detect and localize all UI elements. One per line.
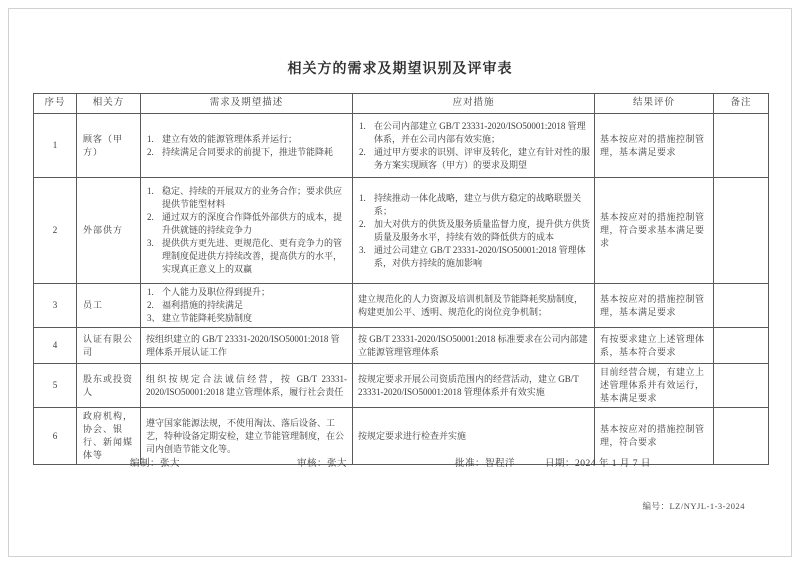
list-text: 个人能力及职位得到提升； xyxy=(162,286,349,299)
needs-text: 按组织建立的 GB/T 23331-2020/ISO50001:2018 管理体… xyxy=(144,333,349,359)
list-number: 3. xyxy=(144,237,162,276)
prepared-value: 张大 xyxy=(160,459,180,469)
reviewed-by: 审核：张大 xyxy=(297,455,347,469)
list-text: 加大对供方的供货及服务质量监督力度，提升供方供货质量及服务水平，持续有效的降低供… xyxy=(374,218,591,244)
table-row: 2 外部供方 1.稳定、持续的开展双方的业务合作；要求供应提供节能型材料 2.通… xyxy=(34,178,769,284)
list-text: 通过甲方要求的识别、评审及转化，建立有针对性的服务方案实现顾客（甲方）的要求及期… xyxy=(374,146,591,172)
page-title: 相关方的需求及期望识别及评审表 xyxy=(0,58,800,78)
doc-number-label: 编号： xyxy=(642,501,669,511)
party-cell: 外部供方 xyxy=(77,178,141,284)
row-serial: 5 xyxy=(34,364,77,408)
list-number: 2. xyxy=(356,218,374,244)
list-number: 1. xyxy=(144,286,162,299)
needs-cell: 1.稳定、持续的开展双方的业务合作；要求供应提供节能型材料 2.通过双方的深度合… xyxy=(141,178,353,284)
measures-text: 建立规范化的人力资源及培训机制及节能降耗奖励制度，构建更加公平、透明、规范化的岗… xyxy=(356,293,591,319)
list-text: 持续推动一体化战略，建立与供方稳定的战略联盟关系； xyxy=(374,192,591,218)
col-header-note: 备注 xyxy=(714,94,769,114)
evaluation-cell: 基本按应对的措施控制管理，基本满足要求 xyxy=(595,284,714,328)
list-text: 通过公司建立 GB/T 23331-2020/ISO50001:2018 管理体… xyxy=(374,244,591,270)
list-text: 福利措施的持续满足 xyxy=(162,299,349,312)
list-number: 1. xyxy=(356,120,374,146)
measures-cell: 按规定要求开展公司资质范围内的经营活动，建立 GB/T 23331-2020/I… xyxy=(353,364,595,408)
review-table: 序号 相关方 需求及期望描述 应对措施 结果评价 备注 1 顾客（甲方） 1.建… xyxy=(33,93,769,465)
approved-label: 批准： xyxy=(455,459,485,469)
evaluation-cell: 目前经营合规，有建立上述管理体系并有效运行，基本满足要求 xyxy=(595,364,714,408)
list-number: 2. xyxy=(144,299,162,312)
party-cell: 顾客（甲方） xyxy=(77,114,141,178)
needs-cell: 1.个人能力及职位得到提升； 2.福利措施的持续满足 3、建立节能降耗奖励制度 xyxy=(141,284,353,328)
row-serial: 6 xyxy=(34,408,77,465)
list-number: 1. xyxy=(144,133,162,146)
list-number: 3. xyxy=(356,244,374,270)
list-number: 2. xyxy=(144,146,162,159)
list-text: 提供供方更先进、更规范化、更有竞争力的管理制度促进供方持续改善，提高供方的水平，… xyxy=(162,237,349,276)
evaluation-cell: 基本按应对的措施控制管理，基本满足要求 xyxy=(595,114,714,178)
measures-cell: 建立规范化的人力资源及培训机制及节能降耗奖励制度，构建更加公平、透明、规范化的岗… xyxy=(353,284,595,328)
doc-number: 编号：LZ/NYJL-1-3-2024 xyxy=(642,500,745,512)
list-number: 1. xyxy=(356,192,374,218)
row-serial: 3 xyxy=(34,284,77,328)
reviewed-label: 审核： xyxy=(297,459,327,469)
measures-cell: 1.在公司内部建立 GB/T 23331-2020/ISO50001:2018 … xyxy=(353,114,595,178)
header-row: 序号 相关方 需求及期望描述 应对措施 结果评价 备注 xyxy=(34,94,769,114)
party-cell: 员工 xyxy=(77,284,141,328)
table-row: 5 股东或投资人 组织按规定合法诚信经营，按 GB/T 23331-2020/I… xyxy=(34,364,769,408)
list-number: 2. xyxy=(356,146,374,172)
list-text: 在公司内部建立 GB/T 23331-2020/ISO50001:2018 管理… xyxy=(374,120,591,146)
needs-text: 遵守国家能源法规，不使用淘汰、落后设备、工艺，特种设备定期安检，建立节能管理制度… xyxy=(144,417,349,456)
list-text: 建立有效的能源管理体系并运行； xyxy=(162,133,349,146)
note-cell xyxy=(714,284,769,328)
measures-text: 按规定要求进行检查并实施 xyxy=(356,430,591,443)
note-cell xyxy=(714,364,769,408)
col-header-measures: 应对措施 xyxy=(353,94,595,114)
date-field: 日期：2024 年 1 月 7 日 xyxy=(545,455,651,469)
list-number: 3、 xyxy=(144,312,162,325)
needs-cell: 1.建立有效的能源管理体系并运行； 2.持续满足合同要求的前提下，推进节能降耗 xyxy=(141,114,353,178)
measures-cell: 1.持续推动一体化战略，建立与供方稳定的战略联盟关系； 2.加大对供方的供货及服… xyxy=(353,178,595,284)
note-cell xyxy=(714,328,769,364)
list-text: 稳定、持续的开展双方的业务合作；要求供应提供节能型材料 xyxy=(162,185,349,211)
evaluation-cell: 基本按应对的措施控制管理，符合要求基本满足要求 xyxy=(595,178,714,284)
list-text: 持续满足合同要求的前提下，推进节能降耗 xyxy=(162,146,349,159)
prepared-by: 编制：张大 xyxy=(130,455,180,469)
measures-cell: 按 GB/T 23331-2020/ISO50001:2018 标准要求在公司内… xyxy=(353,328,595,364)
doc-number-value: LZ/NYJL-1-3-2024 xyxy=(669,501,745,511)
list-number: 1. xyxy=(144,185,162,211)
col-header-evaluation: 结果评价 xyxy=(595,94,714,114)
prepared-label: 编制： xyxy=(130,459,160,469)
col-header-needs: 需求及期望描述 xyxy=(141,94,353,114)
col-header-party: 相关方 xyxy=(77,94,141,114)
list-text: 建立节能降耗奖励制度 xyxy=(162,312,349,325)
note-cell xyxy=(714,178,769,284)
party-cell: 认证有限公司 xyxy=(77,328,141,364)
note-cell xyxy=(714,114,769,178)
approved-value: 智程洋 xyxy=(485,459,515,469)
date-value: 2024 年 1 月 7 日 xyxy=(575,459,651,469)
measures-text: 按 GB/T 23331-2020/ISO50001:2018 标准要求在公司内… xyxy=(356,333,591,359)
table-row: 1 顾客（甲方） 1.建立有效的能源管理体系并运行； 2.持续满足合同要求的前提… xyxy=(34,114,769,178)
row-serial: 4 xyxy=(34,328,77,364)
reviewed-value: 张大 xyxy=(327,459,347,469)
evaluation-cell: 有按要求建立上述管理体系，基本符合要求 xyxy=(595,328,714,364)
needs-text: 组织按规定合法诚信经营，按 GB/T 23331-2020/ISO50001:2… xyxy=(144,373,349,399)
date-label: 日期： xyxy=(545,459,575,469)
list-text: 通过双方的深度合作降低外部供方的成本，提升供就链的持续竞争力 xyxy=(162,211,349,237)
measures-text: 按规定要求开展公司资质范围内的经营活动，建立 GB/T 23331-2020/I… xyxy=(356,373,591,399)
needs-cell: 组织按规定合法诚信经营，按 GB/T 23331-2020/ISO50001:2… xyxy=(141,364,353,408)
col-header-serial: 序号 xyxy=(34,94,77,114)
note-cell xyxy=(714,408,769,465)
row-serial: 1 xyxy=(34,114,77,178)
list-number: 2. xyxy=(144,211,162,237)
approved-by: 批准：智程洋 xyxy=(455,455,515,469)
row-serial: 2 xyxy=(34,178,77,284)
table-row: 3 员工 1.个人能力及职位得到提升； 2.福利措施的持续满足 3、建立节能降耗… xyxy=(34,284,769,328)
party-cell: 股东或投资人 xyxy=(77,364,141,408)
needs-cell: 按组织建立的 GB/T 23331-2020/ISO50001:2018 管理体… xyxy=(141,328,353,364)
table-row: 4 认证有限公司 按组织建立的 GB/T 23331-2020/ISO50001… xyxy=(34,328,769,364)
